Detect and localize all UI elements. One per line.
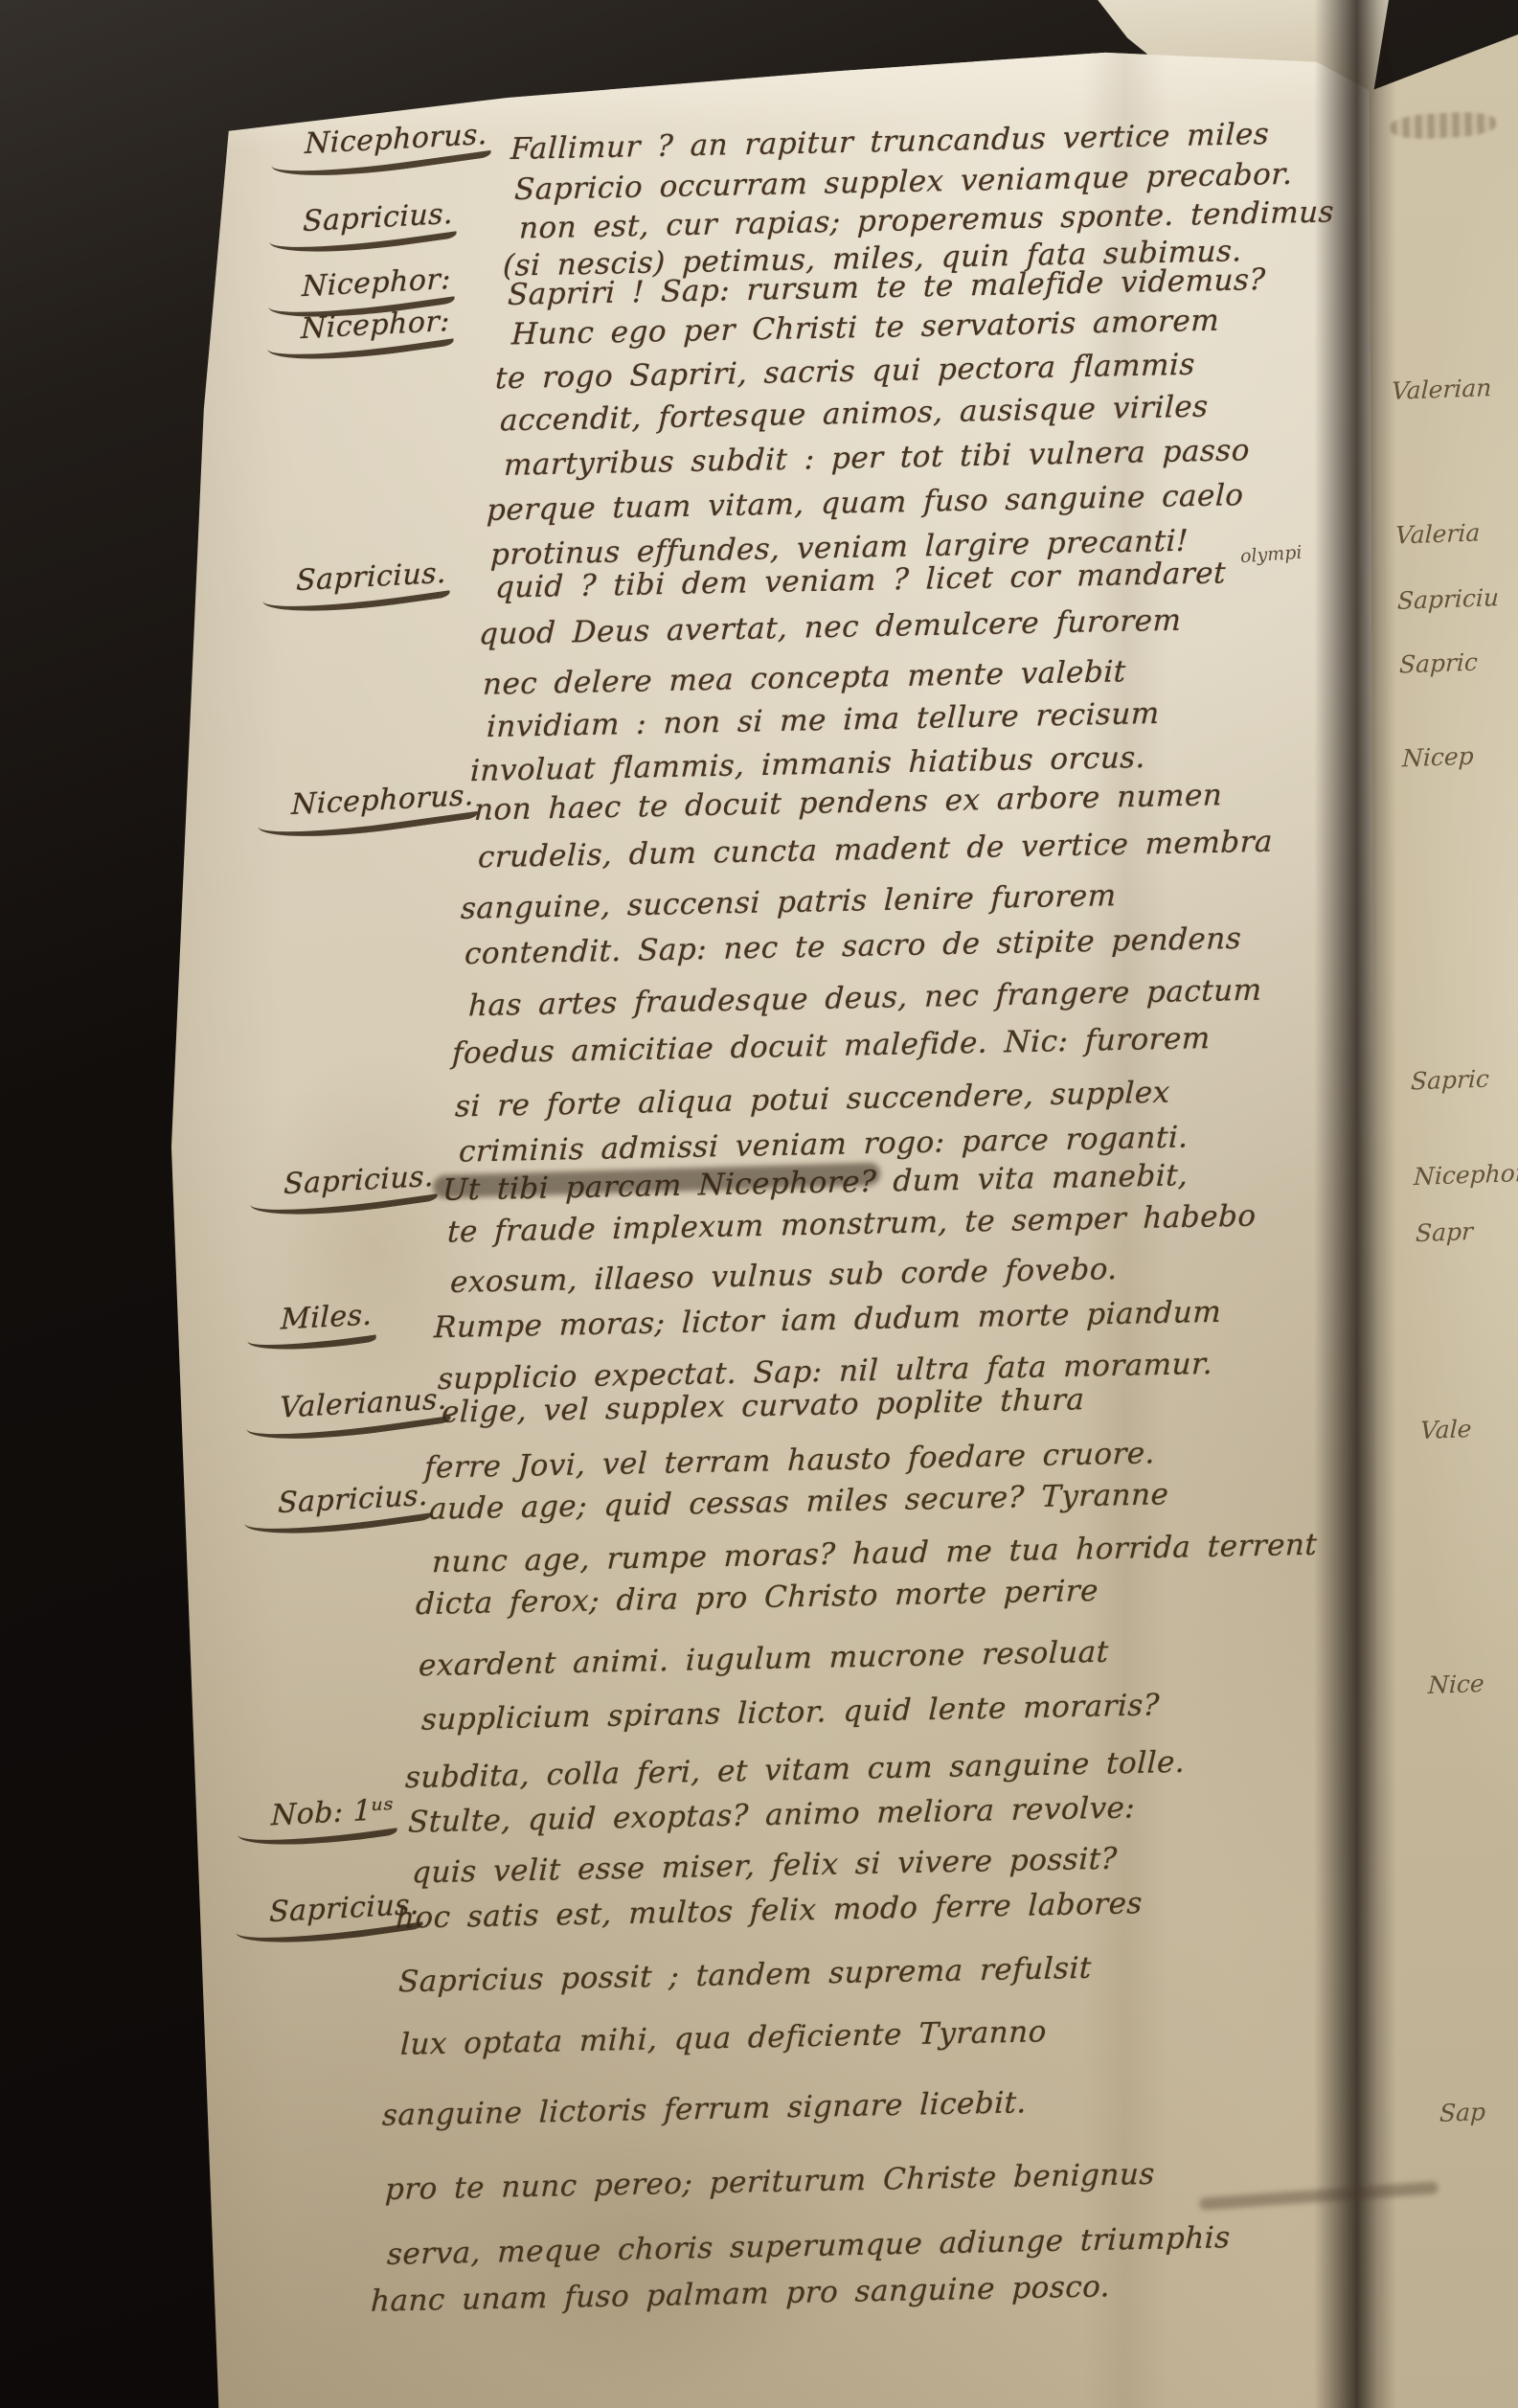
text-line: perque tuam vitam, quam fuso sanguine ca… xyxy=(487,478,1245,528)
facing-page-speaker-fragment: Nice xyxy=(1427,1670,1484,1699)
text-line: hanc unam fuso palmam pro sanguine posco… xyxy=(370,2269,1110,2319)
text-line: Sapricius possit ; tandem suprema refuls… xyxy=(397,1951,1092,2000)
text-line: nec delere mea concepta mente valebit xyxy=(482,654,1126,702)
facing-page-speaker-fragment: Nicep xyxy=(1401,742,1474,773)
speaker-margin-name: Sapricius. xyxy=(283,1160,435,1201)
text-line: exosum, illaeso vulnus sub corde fovebo. xyxy=(450,1252,1119,1300)
text-line: hoc satis est, multos felix modo ferre l… xyxy=(395,1886,1143,1936)
text-line: serva, meque choris superumque adiunge t… xyxy=(387,2220,1232,2272)
text-line: foedus amicitiae docuit malefide. Nic: f… xyxy=(451,1021,1211,1071)
text-line: Stulte, quid exoptas? animo meliora revo… xyxy=(408,1790,1136,1839)
speaker-margin-name: Nob: 1ᵘˢ xyxy=(271,1793,395,1833)
text-line: te rogo Sapriri, sacris qui pectora flam… xyxy=(495,348,1196,397)
text-line: ferre Jovi, vel terram hausto foedare cr… xyxy=(424,1436,1156,1485)
text-line: nunc age, rumpe moras? haud me tua horri… xyxy=(432,1528,1318,1580)
facing-page-speaker-fragment: Vale xyxy=(1420,1415,1472,1444)
speaker-margin-name: Sapricius. xyxy=(269,1888,420,1929)
text-line: aude age; quid cessas miles secure? Tyra… xyxy=(428,1477,1168,1527)
text-line: pro te nunc pereo; periturum Christe ben… xyxy=(384,2157,1155,2207)
text-line: quis velit esse miser, felix si vivere p… xyxy=(411,1842,1118,1891)
text-line: sanguine, succensi patris lenire furorem xyxy=(461,878,1118,926)
text-line: supplicium spirans lictor. quid lente mo… xyxy=(421,1688,1161,1738)
speaker-margin-name: Miles. xyxy=(281,1298,373,1336)
text-line: sanguine lictoris ferrum signare licebit… xyxy=(382,2085,1028,2133)
speaker-margin-name: Nicephor: xyxy=(302,262,451,304)
speaker-margin-name: Nicephor: xyxy=(301,305,450,346)
text-line: Rumpe moras; lictor iam dudum morte pian… xyxy=(434,1295,1222,1346)
facing-page-speaker-fragment: Nicephor xyxy=(1413,1159,1518,1191)
facing-page-speaker-fragment: Sapric xyxy=(1411,1065,1490,1096)
speaker-margin-name: Sapricius. xyxy=(303,197,454,239)
speaker-margin-name: Sapricius. xyxy=(296,557,447,598)
text-line: si re forte aliqua potui succendere, sup… xyxy=(454,1075,1170,1124)
text-line: invidiam : non si me ima tellure recisum xyxy=(486,696,1160,744)
interlinear-annotation: olympi xyxy=(1239,542,1303,567)
facing-page-speaker-fragment: Sap xyxy=(1439,2098,1486,2127)
text-line: dicta ferox; dira pro Christo morte peri… xyxy=(416,1574,1099,1622)
speaker-margin-name: Nicephorus. xyxy=(291,779,474,822)
text-line: has artes fraudesque deus, nec frangere … xyxy=(467,973,1262,1024)
text-line: quod Deus avertat, nec demulcere furorem xyxy=(479,603,1183,652)
facing-page-speaker-fragment: Sapriciu xyxy=(1397,583,1500,615)
text-line: lux optata mihi, qua deficiente Tyranno xyxy=(400,2014,1048,2062)
speaker-margin-name: Nicephorus. xyxy=(305,118,487,161)
facing-page-speaker-fragment: Sapr xyxy=(1415,1217,1473,1247)
text-line: martyribus subdit : per tot tibi vulnera… xyxy=(503,433,1250,483)
text-line: accendit, fortesque animos, ausisque vir… xyxy=(499,390,1209,439)
facing-page-speaker-fragment: Valerian xyxy=(1391,374,1491,405)
facing-page-speaker-fragment: Sapric xyxy=(1398,648,1478,679)
handwriting-layer: Fallimur ? an rapitur truncandus vertice… xyxy=(0,0,1518,2408)
text-line: contendit. Sap: nec te sacro de stipite … xyxy=(464,921,1242,971)
facing-page-speaker-fragment: Valeria xyxy=(1395,518,1481,549)
text-line: crudelis, dum cuncta madent de vertice m… xyxy=(477,825,1273,875)
text-line: subdita, colla feri, et vitam cum sangui… xyxy=(404,1745,1185,1795)
speaker-margin-name: Sapricius. xyxy=(277,1479,428,1520)
manuscript-photo: Fallimur ? an rapitur truncandus vertice… xyxy=(0,0,1518,2408)
text-line: Hunc ego per Christi te servatoris amore… xyxy=(511,304,1220,352)
text-line: exardent animi. iugulum mucrone resoluat xyxy=(419,1635,1110,1683)
text-line: te fraude implexum monstrum, te semper h… xyxy=(446,1199,1257,1250)
speaker-margin-name: Valerianus. xyxy=(279,1382,446,1424)
